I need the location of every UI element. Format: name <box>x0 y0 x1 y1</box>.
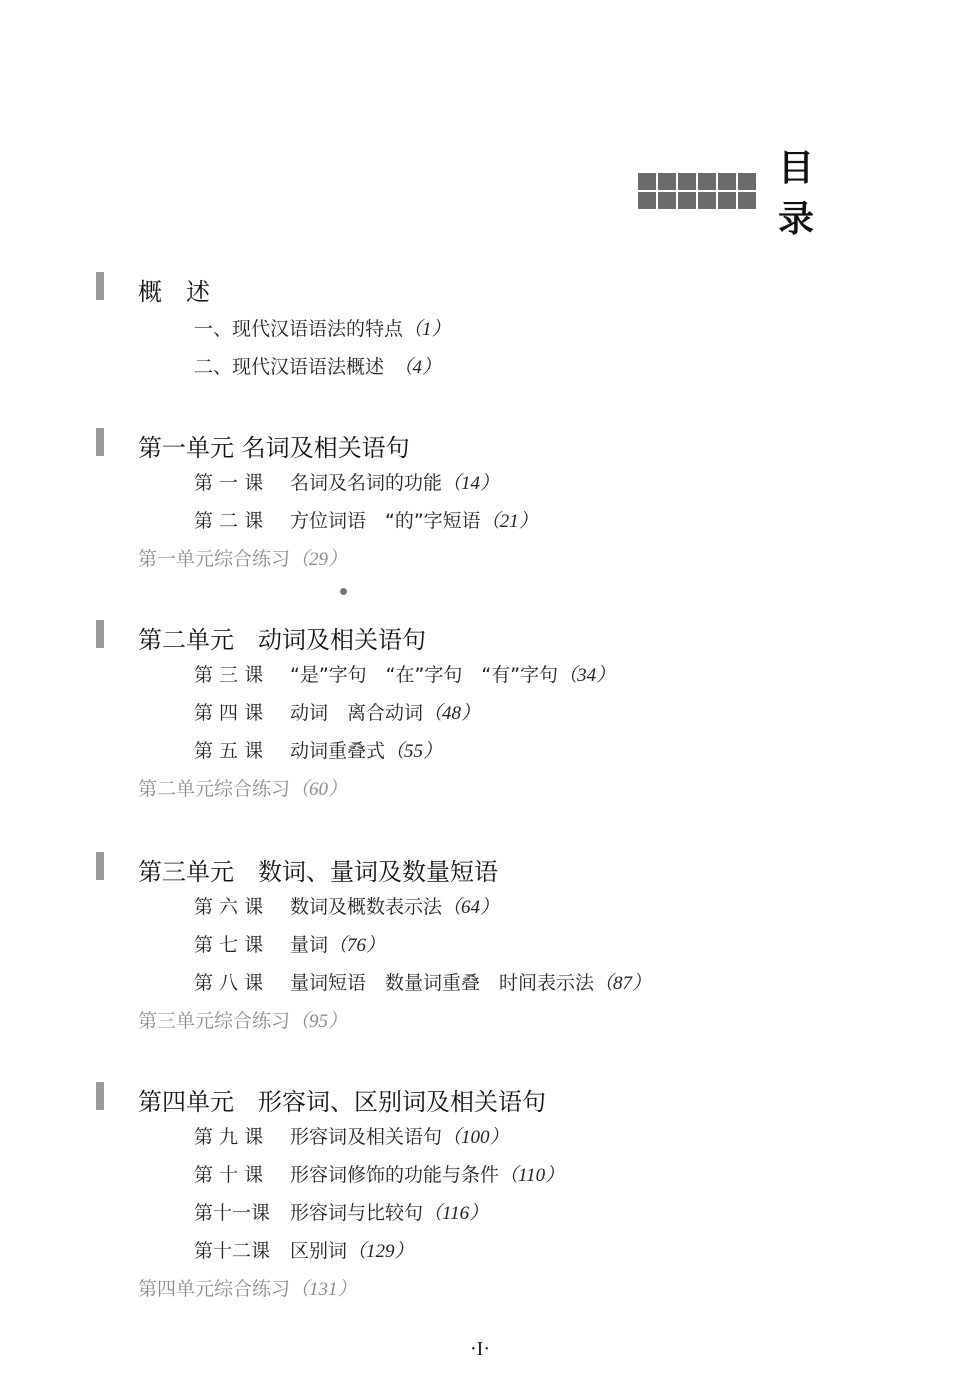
toc-entry[interactable]: 二、现代汉语语法概述 （4） <box>194 352 441 379</box>
toc-entry[interactable]: 第 三 课“是”字句 “在”字句 “有”字句（34） <box>194 660 615 687</box>
toc-header: 目 录 <box>638 140 960 242</box>
section-marker-icon <box>96 852 104 880</box>
unit-exercise-entry[interactable]: 第一单元综合练习（29） <box>138 544 347 571</box>
section-marker-icon <box>96 272 104 300</box>
section-heading[interactable]: 第三单元 数词、量词及数量短语 <box>138 852 498 887</box>
unit-exercise-entry[interactable]: 第四单元综合练习（131） <box>138 1274 357 1301</box>
section-marker-icon <box>96 1082 104 1110</box>
section-heading[interactable]: 概 述 <box>138 272 210 307</box>
toc-entry[interactable]: 第十二课区别词（129） <box>194 1236 414 1263</box>
decorative-dot <box>340 588 347 595</box>
page-title: 目 录 <box>778 140 960 242</box>
toc-entry[interactable]: 第 五 课动词重叠式（55） <box>194 736 442 763</box>
decorative-squares-icon <box>638 173 756 209</box>
toc-entry[interactable]: 第 九 课形容词及相关语句（100） <box>194 1122 509 1149</box>
section-marker-icon <box>96 620 104 648</box>
toc-entry[interactable]: 第 二 课方位词语 “的”字短语（21） <box>194 506 538 533</box>
toc-entry[interactable]: 一、现代汉语语法的特点（1） <box>194 314 451 341</box>
page-number: ·I· <box>470 1338 490 1361</box>
toc-entry[interactable]: 第 十 课形容词修饰的功能与条件（110） <box>194 1160 564 1187</box>
section-heading[interactable]: 第二单元 动词及相关语句 <box>138 620 426 655</box>
section-heading[interactable]: 第四单元 形容词、区别词及相关语句 <box>138 1082 546 1117</box>
toc-entry[interactable]: 第十一课形容词与比较句（116） <box>194 1198 488 1225</box>
section-heading[interactable]: 第一单元 名词及相关语句 <box>138 428 410 463</box>
toc-entry[interactable]: 第 八 课量词短语 数量词重叠 时间表示法（87） <box>194 968 651 995</box>
toc-entry[interactable]: 第 六 课数词及概数表示法（64） <box>194 892 499 919</box>
unit-exercise-entry[interactable]: 第三单元综合练习（95） <box>138 1006 347 1033</box>
section-marker-icon <box>96 428 104 456</box>
toc-entry[interactable]: 第 四 课动词 离合动词（48） <box>194 698 480 725</box>
toc-entry[interactable]: 第 一 课名词及名词的功能（14） <box>194 468 499 495</box>
unit-exercise-entry[interactable]: 第二单元综合练习（60） <box>138 774 347 801</box>
toc-entry[interactable]: 第 七 课量词（76） <box>194 930 385 957</box>
